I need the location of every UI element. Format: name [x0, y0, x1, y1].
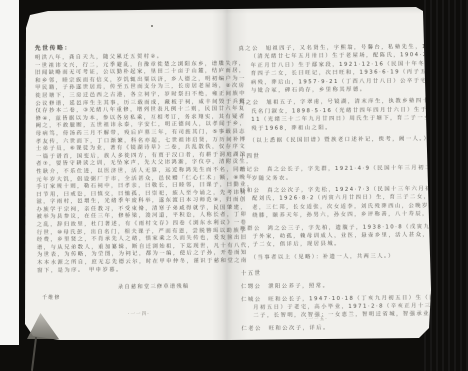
generation-heading: 十五世	[241, 267, 429, 277]
entry-block: 玛之公 旭祖五子，字翠甫，号镜湖，清末庠生，执教乡塾四十年，配周氏名门淑女，18…	[239, 97, 427, 133]
left-page-body: 明洪八年，龚自天九，随父累迁五贺村②。一世祖讳文兴，行二，元季避乱，自豫章徙楚之…	[35, 53, 219, 275]
signature-line: 录自慈和堂三修草谱残稿	[118, 283, 189, 291]
entry-block: 仁甥公 泄阳公养子，照常。	[241, 281, 429, 291]
note-block: （当事者以上（见略）：补遗一人，共两三人。）	[241, 252, 429, 262]
text-line: 仁甥公 泄阳公养子，照常。	[241, 281, 429, 291]
text-line: （当事者以上（见略）：补遗一人，共两三人。）	[251, 252, 429, 262]
paper-speck	[151, 25, 153, 27]
generation-heading: 十四世	[240, 150, 428, 160]
text-line: 窗下，是为序。 甲申岁暮。	[37, 266, 219, 275]
text-line: 仁老公 旺和公次子，详后。	[241, 323, 429, 333]
entry-block: 仁老公 旺和公次子，详后。	[241, 323, 429, 333]
entry-block: 旺记公 真之公长子，字先群，1921·4·9（民国十年三月初二日）生，早岁随父务…	[240, 164, 428, 183]
open-book: 先世传略： 明洪八年，龚自天九，随父累迁五贺村②。一世祖讳文兴，行二，元季避乱，…	[0, 0, 468, 371]
entry-block: 旺和公 真之公次子，字先松，1924·7·3（民国十三年六月初二日）生，配刘氏，…	[240, 185, 428, 221]
note-block: （以上悉据《民国旧谱》暨族老口述补记，俟考，阙一人。）	[239, 135, 427, 145]
text-line: 子二女，俱详后，现居县城。	[241, 239, 429, 249]
left-page-text: 先世传略： 明洪八年，龚自天九，随父累迁五贺村②。一世祖讳文兴，行二，元季避乱，…	[35, 41, 219, 275]
entry-block: 仁城公 旺和公长子，1947·10·18（丁亥九月初五日）生（民国丗六年九月初五…	[241, 294, 429, 321]
text-line: 岁随父务农。	[240, 173, 428, 183]
photo-background: 先世传略： 明洪八年，龚自天九，随父累迁五贺村②。一世祖讳文兴，行二，元季避乱，…	[0, 0, 468, 371]
text-line: （以上悉据《民国旧谱》暨族老口述补记，俟考，阙一人。）	[249, 135, 427, 145]
text-line: 殁于1968，葬祖山之阳。	[239, 123, 427, 133]
bookmark-thread	[31, 337, 37, 371]
right-page-text: 真之公 旭祖四子，又名贤生，字熙翁，号馨台，私塾先生，1901·7·15（清光绪…	[238, 43, 429, 337]
background-texture	[424, 0, 468, 371]
entry-block: 旺群公 鸿之公三子，字先柏，遗腹子，1938·10·8（戊寅九月十五日）生于外家…	[240, 223, 428, 250]
imprint-note: 千维修	[42, 294, 61, 301]
text-line: 与妣合冢，碑石尚存，乡里称其厚德。	[239, 85, 427, 95]
text-line: 绕膝，颐养天年，孙男六，孙女四，乡评称善，八十寿辰，一门称觞。	[240, 210, 428, 220]
left-page-folio: ·一一四·	[128, 311, 150, 317]
page-title: 先世传略：	[35, 41, 217, 52]
text-line: 二子，长智明，次智强；一女恵兰，智明迁省城，智强承业，居祖宅。	[241, 310, 429, 320]
scan-margin-left	[0, 0, 19, 345]
right-page-folio: ·一一五·	[306, 316, 328, 322]
entry-block: 真之公 旭祖四子，又名贤生，字熙翁，号馨台，私塾先生，1901·7·15（清光绪…	[238, 43, 427, 95]
